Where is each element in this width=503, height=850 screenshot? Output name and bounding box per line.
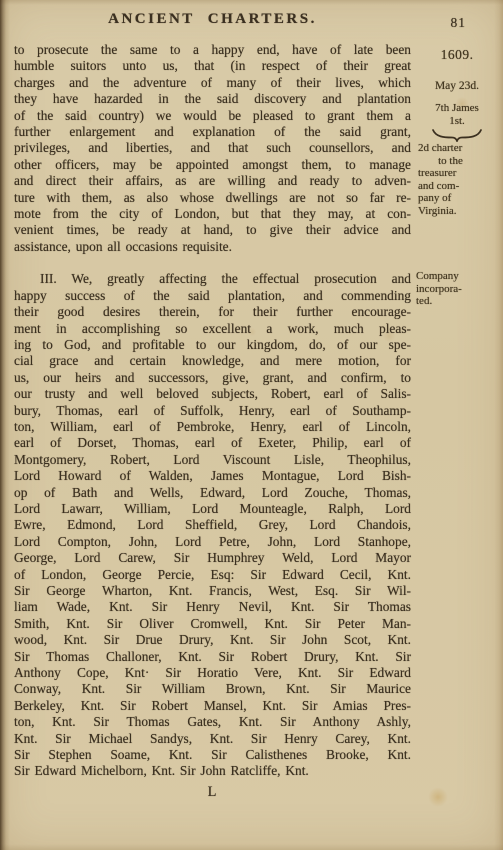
margin-note-year: 1609.	[413, 49, 501, 62]
text-line: bury, Thomas, earl of Suffolk, Henry, ea…	[14, 403, 411, 419]
text-line: further enlargement and explanation of t…	[14, 124, 411, 140]
text-line: Montgomery, Robert, Lord Viscount Lisle,…	[14, 452, 411, 468]
text-line: mote from the city of London, but that t…	[14, 206, 411, 222]
margin-note-line: ted.	[416, 295, 501, 308]
margin-note-line: to the	[418, 155, 501, 168]
text-line: Sir George Wharton, Knt. Francis, West, …	[14, 583, 411, 599]
text-line: assistance, upon all occasions requisite…	[14, 239, 411, 255]
text-line: Lord Lawarr, William, Lord Mounteagle, R…	[14, 501, 411, 517]
margin-note-company: Companyincorpora-ted.	[413, 270, 501, 308]
text-line: wood, Knt. Sir Drue Drury, Knt. Sir John…	[14, 632, 411, 648]
paragraph-section-iii: III. We, greatly affecting the effectual…	[14, 271, 411, 780]
margin-note-line: incorpora-	[416, 283, 501, 296]
margin-note-line: 2d charter	[418, 142, 501, 155]
text-line: ton, William, earl of Pembroke, Henry, e…	[14, 419, 411, 435]
signature-mark: L	[14, 784, 411, 801]
page-header: ANCIENT CHARTERS.	[14, 11, 411, 28]
text-line: Berkeley, Knt. Sir Robert Mansel, Knt. S…	[14, 698, 411, 714]
book-page: ANCIENT CHARTERS. 81 to prosecute the sa…	[0, 0, 503, 850]
text-line: Smith, Knt. Sir Oliver Cromwell, Knt. Si…	[14, 616, 411, 632]
text-line: Sir Stephen Soame, Knt. Sir Calisthenes …	[14, 747, 411, 763]
page-number: 81	[451, 15, 467, 31]
text-line: cial grace and certain knowledge, and me…	[14, 353, 411, 369]
text-line: earl of Dorset, Thomas, earl of Exeter, …	[14, 435, 411, 451]
margin-note-line: pany of	[418, 192, 501, 205]
text-line: of London, George Percie, Esq: Sir Edwar…	[14, 567, 411, 583]
margin-note-date: May 23d.	[413, 80, 501, 93]
text-line: Knt. Sir Michael Sandys, Knt. Sir Henry …	[14, 731, 411, 747]
margin-note-line: Company	[416, 270, 501, 283]
text-line: privileges, and liberties, and that such…	[14, 140, 411, 156]
margin-note-regnal-year: 7th James1st.	[413, 102, 501, 127]
text-line: they have hazarded in the said discovery…	[14, 91, 411, 107]
text-line: Sir Thomas Challoner, Knt. Sir Robert Dr…	[14, 649, 411, 665]
margin-note-line: and com-	[418, 180, 501, 193]
text-line: us, our heirs and successors, give, gran…	[14, 370, 411, 386]
margin-note-line: 7th James	[413, 102, 501, 115]
text-line: Lord Compton, John, Lord Petre, John, Lo…	[14, 534, 411, 550]
text-line: Sir Edward Michelborn, Knt. Sir John Rat…	[14, 763, 411, 779]
margin-note-charter: 2d charterto thetreasurerand com-pany of…	[413, 142, 501, 218]
text-line: venient times, be ready at hand, to give…	[14, 222, 411, 238]
paragraph-continuation: to prosecute the same to a happy end, ha…	[14, 42, 411, 255]
text-line: their good desires therein, for their fu…	[14, 304, 411, 320]
margin-note-line: 1st.	[413, 115, 501, 128]
text-line: of the said country) we would be pleased…	[14, 108, 411, 124]
text-line: liam Wade, Knt. Sir Henry Nevil, Knt. Si…	[14, 599, 411, 615]
text-line: charges and the adventure of many of the…	[14, 75, 411, 91]
text-line: op of Bath and Wells, Edward, Lord Zouch…	[14, 485, 411, 501]
text-line: ing to God, and profitable to our kingdo…	[14, 337, 411, 353]
text-line: and direct their affairs, as are willing…	[14, 173, 411, 189]
text-line: Lord Howard of Walden, James Montague, L…	[14, 468, 411, 484]
text-line: our trusty and well beloved subjects, Ro…	[14, 386, 411, 402]
main-text-column: to prosecute the same to a happy end, ha…	[14, 42, 411, 780]
running-title: ANCIENT CHARTERS.	[14, 11, 411, 28]
text-line: George, Lord Carew, Sir Humphrey Weld, L…	[14, 550, 411, 566]
text-line: Ewre, Edmond, Lord Sheffield, Grey, Lord…	[14, 517, 411, 533]
text-line: other officers, may be appointed amongst…	[14, 157, 411, 173]
margin-note-line: Virginia.	[418, 205, 501, 218]
text-line: happy success of the said plantation, an…	[14, 288, 411, 304]
margin-note-line: treasurer	[418, 167, 501, 180]
text-line: ture with them, as also whose dwellings …	[14, 190, 411, 206]
text-line: to prosecute the same to a happy end, ha…	[14, 42, 411, 58]
text-line: humble suitors unto us, that (in respect…	[14, 58, 411, 74]
text-line: Anthony Cope, Knt· Sir Horatio Vere, Knt…	[14, 665, 411, 681]
text-line: III. We, greatly affecting the effectual…	[14, 271, 411, 287]
text-line: ton, Knt. Sir Thomas Gates, Knt. Sir Ant…	[14, 714, 411, 730]
text-line: Conway, Knt. Sir William Brown, Knt. Sir…	[14, 681, 411, 697]
brace-icon	[413, 128, 501, 140]
text-line: ment in accomplishing so excellent a wor…	[14, 321, 411, 337]
